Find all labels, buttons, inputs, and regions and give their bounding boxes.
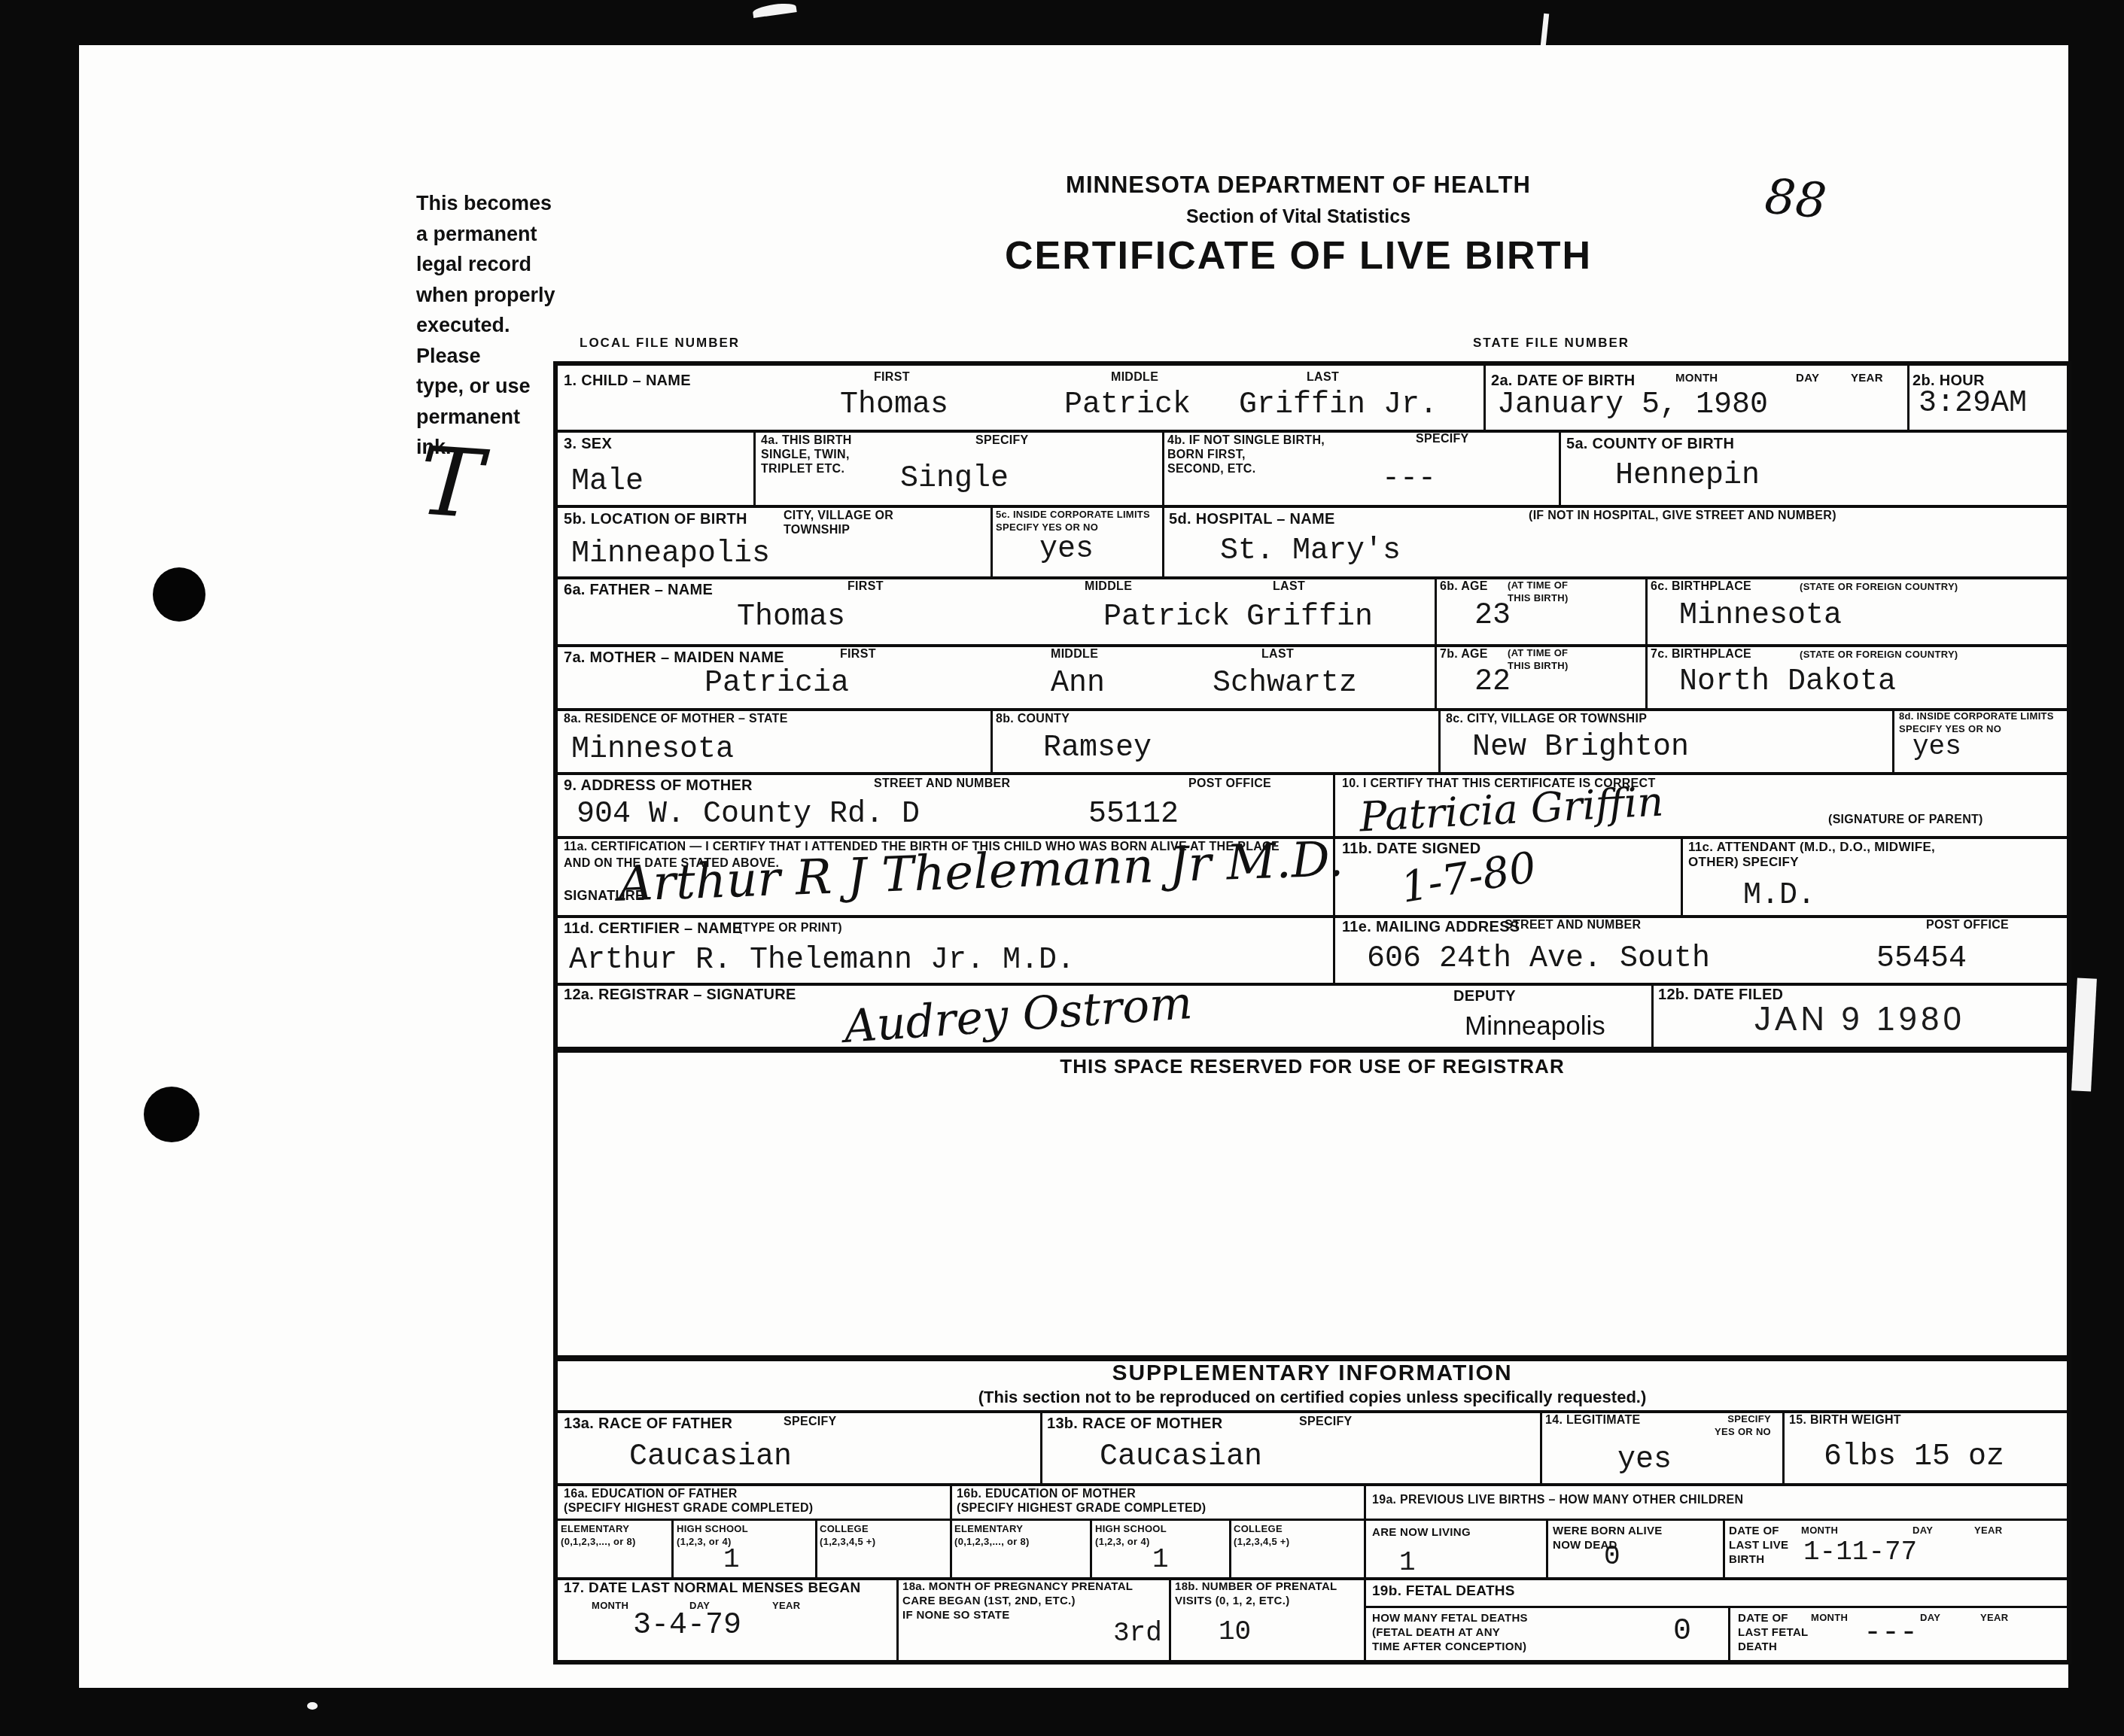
header-section: Section of Vital Statistics xyxy=(952,206,1645,228)
grid-line xyxy=(558,430,2067,433)
grid-line xyxy=(558,505,2067,508)
now-living-header: ARE NOW LIVING xyxy=(1372,1526,1471,1540)
mother-name-label: 7a. MOTHER – MAIDEN NAME xyxy=(564,649,784,667)
edu-father-elementary-header: ELEMENTARY (0,1,2,3,..., or 8) xyxy=(561,1523,636,1549)
grid-line xyxy=(1364,1483,1366,1660)
this-birth-value: Single xyxy=(900,462,1009,496)
grid-line xyxy=(1723,1519,1725,1577)
race-mother-specify-header: SPECIFY xyxy=(1299,1415,1353,1429)
mailing-address-label: 11e. MAILING ADDRESS xyxy=(1342,918,1520,936)
year-header: YEAR xyxy=(1851,372,1883,386)
registrar-label: 12a. REGISTRAR – SIGNATURE xyxy=(564,986,796,1004)
child-last-name: Griffin Jr. xyxy=(1239,388,1438,422)
grid-line xyxy=(558,1047,2067,1053)
attendant-value: M.D. xyxy=(1743,879,1815,913)
grid-line xyxy=(815,1519,817,1577)
grid-line xyxy=(1892,708,1894,772)
legitimate-label: 14. LEGITIMATE xyxy=(1545,1413,1641,1427)
registrar-signature: Audrey Ostrom xyxy=(842,977,1194,1053)
deputy-value: Minneapolis xyxy=(1465,1011,1605,1041)
if-not-single-label: 4b. IF NOT SINGLE BIRTH, BORN FIRST, SEC… xyxy=(1167,433,1325,477)
corp-limits-value: yes xyxy=(1039,533,1094,567)
local-file-number-label: LOCAL FILE NUMBER xyxy=(580,336,740,351)
race-mother-label: 13b. RACE OF MOTHER xyxy=(1047,1415,1223,1433)
location-sub-label: CITY, VILLAGE OR TOWNSHIP xyxy=(784,509,893,537)
birth-weight-label: 15. BIRTH WEIGHT xyxy=(1789,1413,1901,1427)
middle-header: MIDDLE xyxy=(1111,370,1158,385)
location-of-birth-label: 5b. LOCATION OF BIRTH xyxy=(564,510,747,528)
date-of-birth-label: 2a. DATE OF BIRTH xyxy=(1491,372,1635,390)
grid-line xyxy=(1728,1606,1730,1660)
supplementary-subtitle: (This section not to be reproduced on ce… xyxy=(558,1388,2067,1407)
mailing-street-header: STREET AND NUMBER xyxy=(1505,918,1641,932)
grid-line xyxy=(1681,836,1683,915)
menses-label: 17. DATE LAST NORMAL MENSES BEGAN xyxy=(564,1580,861,1598)
father-last-name: Griffin xyxy=(1246,600,1373,634)
grid-line xyxy=(558,772,2067,775)
grid-line xyxy=(1040,1410,1042,1483)
race-father-specify-header: SPECIFY xyxy=(784,1415,837,1429)
father-birthplace-label: 6c. BIRTHPLACE xyxy=(1651,579,1751,594)
child-middle-name: Patrick xyxy=(1064,388,1191,422)
birth-weight-value: 6lbs 15 oz xyxy=(1824,1440,2004,1474)
father-birthplace-sub: (STATE OR FOREIGN COUNTRY) xyxy=(1800,581,1958,594)
corp-limits-label: 5c. INSIDE CORPORATE LIMITS SPECIFY YES … xyxy=(996,509,1158,534)
mother-age-value: 22 xyxy=(1474,665,1511,699)
this-birth-label: 4a. THIS BIRTH SINGLE, TWIN, TRIPLET ETC… xyxy=(761,433,852,477)
llb-day-header: DAY xyxy=(1913,1525,1933,1537)
edu-mother-college-header: COLLEGE (1,2,3,4,5 +) xyxy=(1234,1523,1289,1549)
hospital-label: 5d. HOSPITAL – NAME xyxy=(1169,510,1335,528)
now-living-value: 1 xyxy=(1399,1547,1416,1578)
grid-line xyxy=(1540,1410,1542,1483)
handwritten-file-number: 88 xyxy=(1763,169,1829,230)
father-birthplace-value: Minnesota xyxy=(1679,599,1842,633)
hospital-value: St. Mary's xyxy=(1220,534,1401,568)
punch-hole xyxy=(144,1087,199,1142)
certificate-page: This becomes a permanent legal record wh… xyxy=(79,45,2068,1688)
mother-first-header: FIRST xyxy=(840,647,876,661)
sex-value: Male xyxy=(571,465,644,499)
grid-line xyxy=(990,505,993,576)
race-father-value: Caucasian xyxy=(629,1440,792,1474)
residence-state-value: Minnesota xyxy=(571,733,734,767)
scan-noise xyxy=(752,2,796,18)
last-fetal-death-header: DATE OF LAST FETAL DEATH xyxy=(1738,1612,1809,1654)
father-age-value: 23 xyxy=(1474,599,1511,633)
mother-post-office-value: 55112 xyxy=(1088,798,1179,832)
father-first-name: Thomas xyxy=(737,600,845,634)
prenatal-visits-label: 18b. NUMBER OF PRENATAL VISITS (0, 1, 2,… xyxy=(1175,1580,1337,1609)
child-name-label: 1. CHILD – NAME xyxy=(564,372,691,390)
grid-line xyxy=(1645,576,1648,708)
mother-age-sub: (AT TIME OF THIS BIRTH) xyxy=(1508,647,1569,673)
mailing-post-office-value: 55454 xyxy=(1876,942,1967,976)
grid-line xyxy=(896,1577,899,1660)
last-fetal-death-value: --- xyxy=(1864,1616,1918,1650)
grid-line xyxy=(1162,430,1164,576)
last-live-birth-header: DATE OF LAST LIVE BIRTH xyxy=(1729,1525,1788,1567)
mother-address-value: 904 W. County Rd. D xyxy=(577,798,920,832)
grid-line xyxy=(753,430,756,505)
grid-line xyxy=(558,576,2067,579)
edu-father-high-school-value: 1 xyxy=(723,1544,740,1575)
mother-birthplace-value: North Dakota xyxy=(1679,665,1896,699)
grid-line xyxy=(1907,366,1909,430)
date-of-birth-value: January 5, 1980 xyxy=(1497,388,1768,422)
prenatal-began-label: 18a. MONTH OF PREGNANCY PRENATAL CARE BE… xyxy=(902,1580,1133,1622)
lfd-month-header: MONTH xyxy=(1811,1612,1848,1625)
prenatal-visits-value: 10 xyxy=(1219,1616,1251,1647)
if-not-single-value: --- xyxy=(1382,462,1436,496)
header-department: MINNESOTA DEPARTMENT OF HEALTH xyxy=(952,172,1645,199)
residence-county-value: Ramsey xyxy=(1043,731,1152,765)
grid-line xyxy=(1546,1519,1548,1577)
first-header: FIRST xyxy=(874,370,910,385)
mother-last-name: Schwartz xyxy=(1213,667,1357,701)
location-of-birth-value: Minneapolis xyxy=(571,537,770,571)
lfd-day-header: DAY xyxy=(1920,1612,1940,1625)
fetal-deaths-value: 0 xyxy=(1673,1615,1691,1649)
deputy-label: DEPUTY xyxy=(1453,987,1516,1005)
this-birth-specify-header: SPECIFY xyxy=(975,433,1029,448)
street-number-header: STREET AND NUMBER xyxy=(874,777,1010,791)
llb-month-header: MONTH xyxy=(1801,1525,1838,1537)
mailing-address-value: 606 24th Ave. South xyxy=(1367,942,1710,976)
education-father-label: 16a. EDUCATION OF FATHER (SPECIFY HIGHES… xyxy=(564,1487,813,1516)
prenatal-began-value: 3rd xyxy=(1113,1618,1162,1649)
document-title: CERTIFICATE OF LIVE BIRTH xyxy=(952,233,1645,278)
grid-line xyxy=(1483,366,1486,430)
grid-line xyxy=(1651,983,1654,1047)
punch-hole xyxy=(153,567,205,622)
grid-line xyxy=(558,708,2067,711)
month-header: MONTH xyxy=(1675,372,1718,386)
residence-label: 8a. RESIDENCE OF MOTHER – STATE xyxy=(564,712,788,726)
supplementary-title: SUPPLEMENTARY INFORMATION xyxy=(558,1361,2067,1386)
post-office-header: POST OFFICE xyxy=(1188,777,1271,791)
menses-value: 3-4-79 xyxy=(633,1609,741,1643)
edu-mother-high-school-value: 1 xyxy=(1152,1544,1169,1575)
mother-birthplace-label: 7c. BIRTHPLACE xyxy=(1651,647,1751,661)
lfd-year-header: YEAR xyxy=(1980,1612,2008,1625)
residence-city-value: New Brighton xyxy=(1472,731,1689,765)
father-middle-header: MIDDLE xyxy=(1085,579,1132,594)
menses-month-header: MONTH xyxy=(592,1600,628,1613)
day-header: DAY xyxy=(1796,372,1819,386)
education-mother-label: 16b. EDUCATION OF MOTHER (SPECIFY HIGHES… xyxy=(957,1487,1206,1516)
menses-year-header: YEAR xyxy=(772,1600,800,1613)
certifier-label: 11d. CERTIFIER – NAME xyxy=(564,920,742,938)
grid-line xyxy=(1364,1606,2067,1608)
mother-middle-header: MIDDLE xyxy=(1051,647,1098,661)
residence-county-label: 8b. COUNTY xyxy=(996,712,1070,726)
grid-line xyxy=(1169,1577,1171,1660)
last-live-birth-value: 1-11-77 xyxy=(1803,1537,1917,1567)
grid-line xyxy=(558,644,2067,647)
born-alive-dead-value: 0 xyxy=(1604,1541,1620,1572)
grid-line xyxy=(558,1519,2067,1521)
mother-last-header: LAST xyxy=(1261,647,1294,661)
sex-label: 3. SEX xyxy=(564,435,612,453)
mother-age-label: 7b. AGE xyxy=(1440,647,1488,661)
father-name-label: 6a. FATHER – NAME xyxy=(564,581,713,599)
type-or-print-note: (TYPE OR PRINT) xyxy=(738,921,842,935)
grid-line xyxy=(990,708,993,772)
handwritten-mark: T xyxy=(415,427,485,540)
signature-of-parent-note: (SIGNATURE OF PARENT) xyxy=(1828,813,1983,827)
scan-noise xyxy=(307,1702,318,1710)
grid-line xyxy=(558,915,2067,918)
grid-line xyxy=(1229,1519,1231,1577)
mother-address-label: 9. ADDRESS OF MOTHER xyxy=(564,777,753,795)
llb-year-header: YEAR xyxy=(1974,1525,2002,1537)
edu-mother-elementary-header: ELEMENTARY (0,1,2,3,..., or 8) xyxy=(954,1523,1030,1549)
scanned-document: This becomes a permanent legal record wh… xyxy=(0,0,2124,1736)
mother-middle-name: Ann xyxy=(1051,667,1105,701)
mailing-post-office-header: POST OFFICE xyxy=(1926,918,2009,932)
edu-father-college-header: COLLEGE (1,2,3,4,5 +) xyxy=(820,1523,875,1549)
father-middle-name: Patrick xyxy=(1103,600,1230,634)
grid-line xyxy=(1090,1519,1092,1577)
scan-noise xyxy=(2071,977,2097,1091)
registrar-reserved-note: THIS SPACE RESERVED FOR USE OF REGISTRAR xyxy=(558,1055,2067,1078)
father-first-header: FIRST xyxy=(847,579,884,594)
county-of-birth-label: 5a. COUNTY OF BIRTH xyxy=(1566,435,1734,453)
county-of-birth-value: Hennepin xyxy=(1615,459,1760,493)
state-file-number-label: STATE FILE NUMBER xyxy=(1473,336,1630,351)
race-mother-value: Caucasian xyxy=(1100,1440,1262,1474)
if-not-single-specify-header: SPECIFY xyxy=(1416,432,1469,446)
date-filed-stamp: JAN 9 1980 xyxy=(1754,1001,1965,1038)
previous-births-label: 19a. PREVIOUS LIVE BIRTHS – HOW MANY OTH… xyxy=(1372,1493,1743,1507)
grid-line xyxy=(1438,708,1441,772)
hospital-note: (IF NOT IN HOSPITAL, GIVE STREET AND NUM… xyxy=(1529,509,1836,523)
certificate-form: 1. CHILD – NAME FIRST MIDDLE LAST Thomas… xyxy=(553,361,2071,1665)
hour-value: 3:29AM xyxy=(1919,387,2027,421)
grid-line xyxy=(1435,576,1437,708)
legitimate-specify-header: SPECIFY YES OR NO xyxy=(1658,1413,1771,1439)
grid-line xyxy=(950,1483,952,1577)
father-age-sub: (AT TIME OF THIS BIRTH) xyxy=(1508,579,1569,605)
certifier-name-value: Arthur R. Thelemann Jr. M.D. xyxy=(569,944,1075,977)
fetal-deaths-how-many-label: HOW MANY FETAL DEATHS (FETAL DEATH AT AN… xyxy=(1372,1612,1528,1654)
last-header: LAST xyxy=(1307,370,1339,385)
race-father-label: 13a. RACE OF FATHER xyxy=(564,1415,732,1433)
father-age-label: 6b. AGE xyxy=(1440,579,1488,594)
grid-line xyxy=(1782,1410,1785,1483)
father-last-header: LAST xyxy=(1273,579,1305,594)
grid-line xyxy=(558,1483,2067,1486)
mother-first-name: Patricia xyxy=(704,667,849,701)
mother-birthplace-sub: (STATE OR FOREIGN COUNTRY) xyxy=(1800,649,1958,661)
residence-city-label: 8c. CITY, VILLAGE OR TOWNSHIP xyxy=(1446,712,1647,726)
residence-corp-limits-value: yes xyxy=(1913,731,1961,762)
child-first-name: Thomas xyxy=(840,388,948,422)
grid-line xyxy=(1559,430,1561,505)
attendant-label: 11c. ATTENDANT (M.D., D.O., MIDWIFE, OTH… xyxy=(1688,840,1935,871)
grid-line xyxy=(671,1519,674,1577)
fetal-deaths-label: 19b. FETAL DEATHS xyxy=(1372,1583,1515,1601)
legitimate-value: yes xyxy=(1617,1443,1672,1477)
